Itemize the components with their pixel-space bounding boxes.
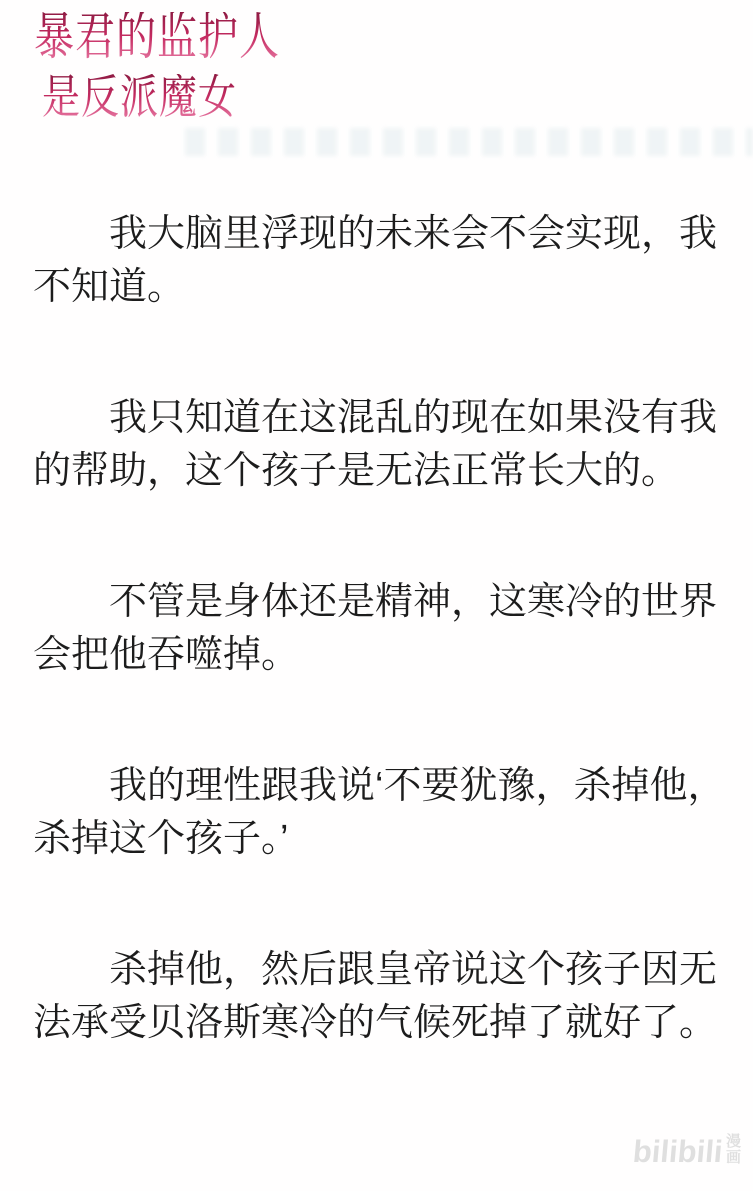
text-line: 杀掉他，然后跟皇帝说这个孩子因无 [33,944,720,997]
paragraph: 我的理性跟我说‘不要犹豫，杀掉他， 杀掉这个孩子。’ [33,760,720,866]
series-logo-title-line1: 暴君的监护人 [34,12,280,63]
manga-suffix-label: 漫画 [726,1134,743,1166]
text-line: 我只知道在这混乱的现在如果没有我 [33,392,720,445]
series-logo-title-line2: 是反派魔女 [42,74,280,120]
text-line: 不知道。 [33,261,720,314]
novel-text-body: 我大脑里浮现的未来会不会实现，我 不知道。 我只知道在这混乱的现在如果没有我 的… [33,208,720,1128]
bilibili-manga-watermark: bilibili 漫画 [633,1136,743,1167]
paragraph: 不管是身体还是精神，这寒冷的世界 会把他吞噬掉。 [33,576,720,682]
text-line: 的帮助，这个孩子是无法正常长大的。 [33,445,720,498]
text-line: 不管是身体还是精神，这寒冷的世界 [33,576,720,629]
paragraph: 我只知道在这混乱的现在如果没有我 的帮助，这个孩子是无法正常长大的。 [33,392,720,498]
text-line: 我大脑里浮现的未来会不会实现，我 [33,208,720,261]
text-line: 我的理性跟我说‘不要犹豫，杀掉他， [33,760,720,813]
paragraph: 我大脑里浮现的未来会不会实现，我 不知道。 [33,208,720,314]
series-logo: 暴君的监护人 是反派魔女 [34,12,280,112]
paragraph: 杀掉他，然后跟皇帝说这个孩子因无 法承受贝洛斯寒冷的气候死掉了就好了。 [33,944,720,1050]
faint-ghost-text-band [185,128,753,156]
text-line: 杀掉这个孩子。’ [33,813,720,866]
bilibili-logo-wordmark: bilibili [632,1136,724,1167]
text-line: 会把他吞噬掉。 [33,629,720,682]
text-line: 法承受贝洛斯寒冷的气候死掉了就好了。 [33,997,720,1050]
